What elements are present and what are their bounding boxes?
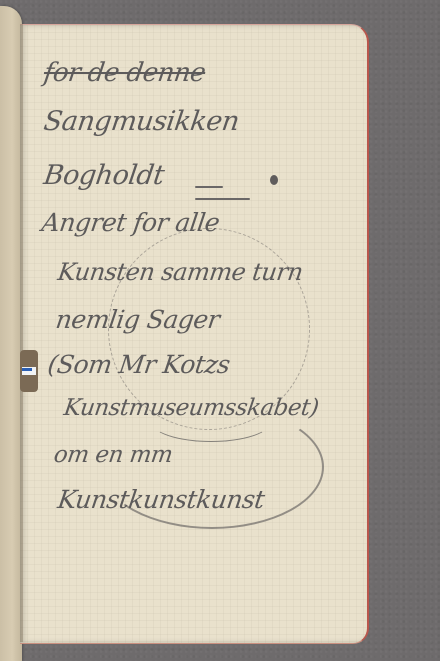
handwritten-line: (Som Mr Kotzs [46,350,232,379]
ink-blot [270,175,278,185]
handwritten-line: Sangmusikken [42,106,241,137]
handwritten-line: Kunstkunstkunst [56,485,266,514]
handwritten-line: nemlig Sager [54,305,221,334]
handwritten-line: Angret for alle [40,208,221,237]
handwritten-line: Kunstmuseumsskabet) [62,395,320,421]
ink-dash [195,186,223,188]
handwritten-line: Kunsten samme turn [56,258,305,286]
page-gutter [20,24,23,642]
handwritten-line: om en mm [52,442,174,468]
scan-background: for de denne Sangmusikken Bogholdt Angre… [0,0,440,661]
clip-band-blue [22,368,32,371]
binding-clip-icon [20,350,38,392]
previous-page-edge [0,6,22,661]
handwritten-line-struck: for de denne [42,58,207,88]
handwritten-line: Bogholdt [42,160,166,191]
ink-dash [195,198,250,200]
